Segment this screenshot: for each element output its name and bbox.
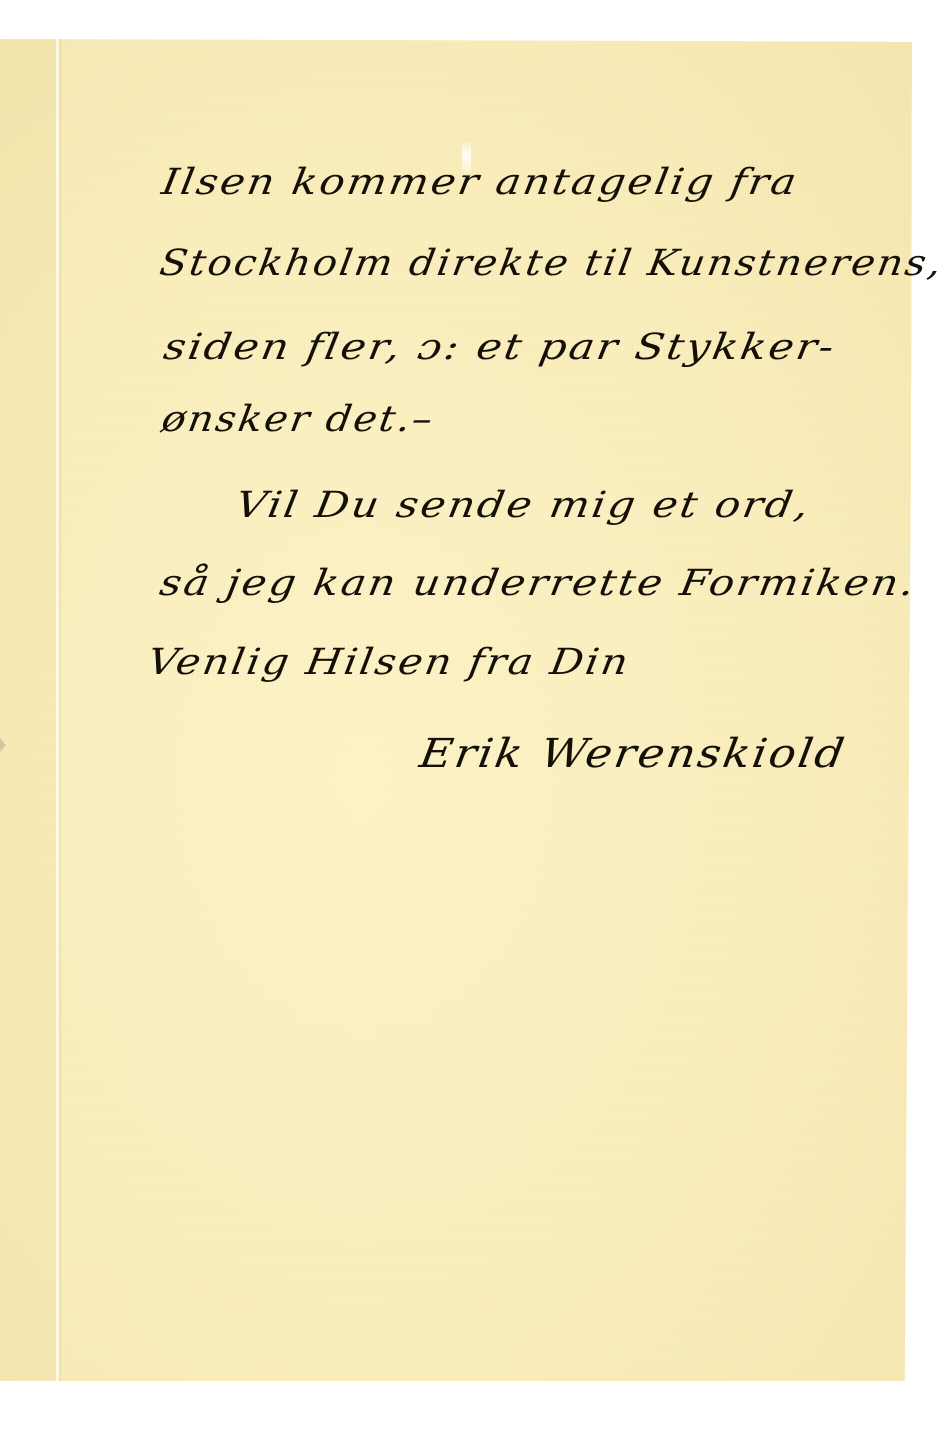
letter-line-2: Stockholm direkte til Kunstnerens, <box>157 246 945 282</box>
letter-body: Ilsen kommer antagelig fra Stockholm dir… <box>0 0 950 1434</box>
letter-line-3: siden fler, ɔ: et par Stykker- <box>161 330 839 366</box>
letter-line-6: så jeg kan underrette Formiken. <box>157 566 919 602</box>
letter-line-1: Ilsen kommer antagelig fra <box>159 165 801 201</box>
letter-line-4: ønsker det.– <box>159 402 437 438</box>
letter-line-5: Vil Du sende mig et ord, <box>233 488 813 524</box>
closing-salutation: Venlig Hilsen fra Din <box>145 645 632 681</box>
signature: Erik Werenskiold <box>417 734 849 774</box>
